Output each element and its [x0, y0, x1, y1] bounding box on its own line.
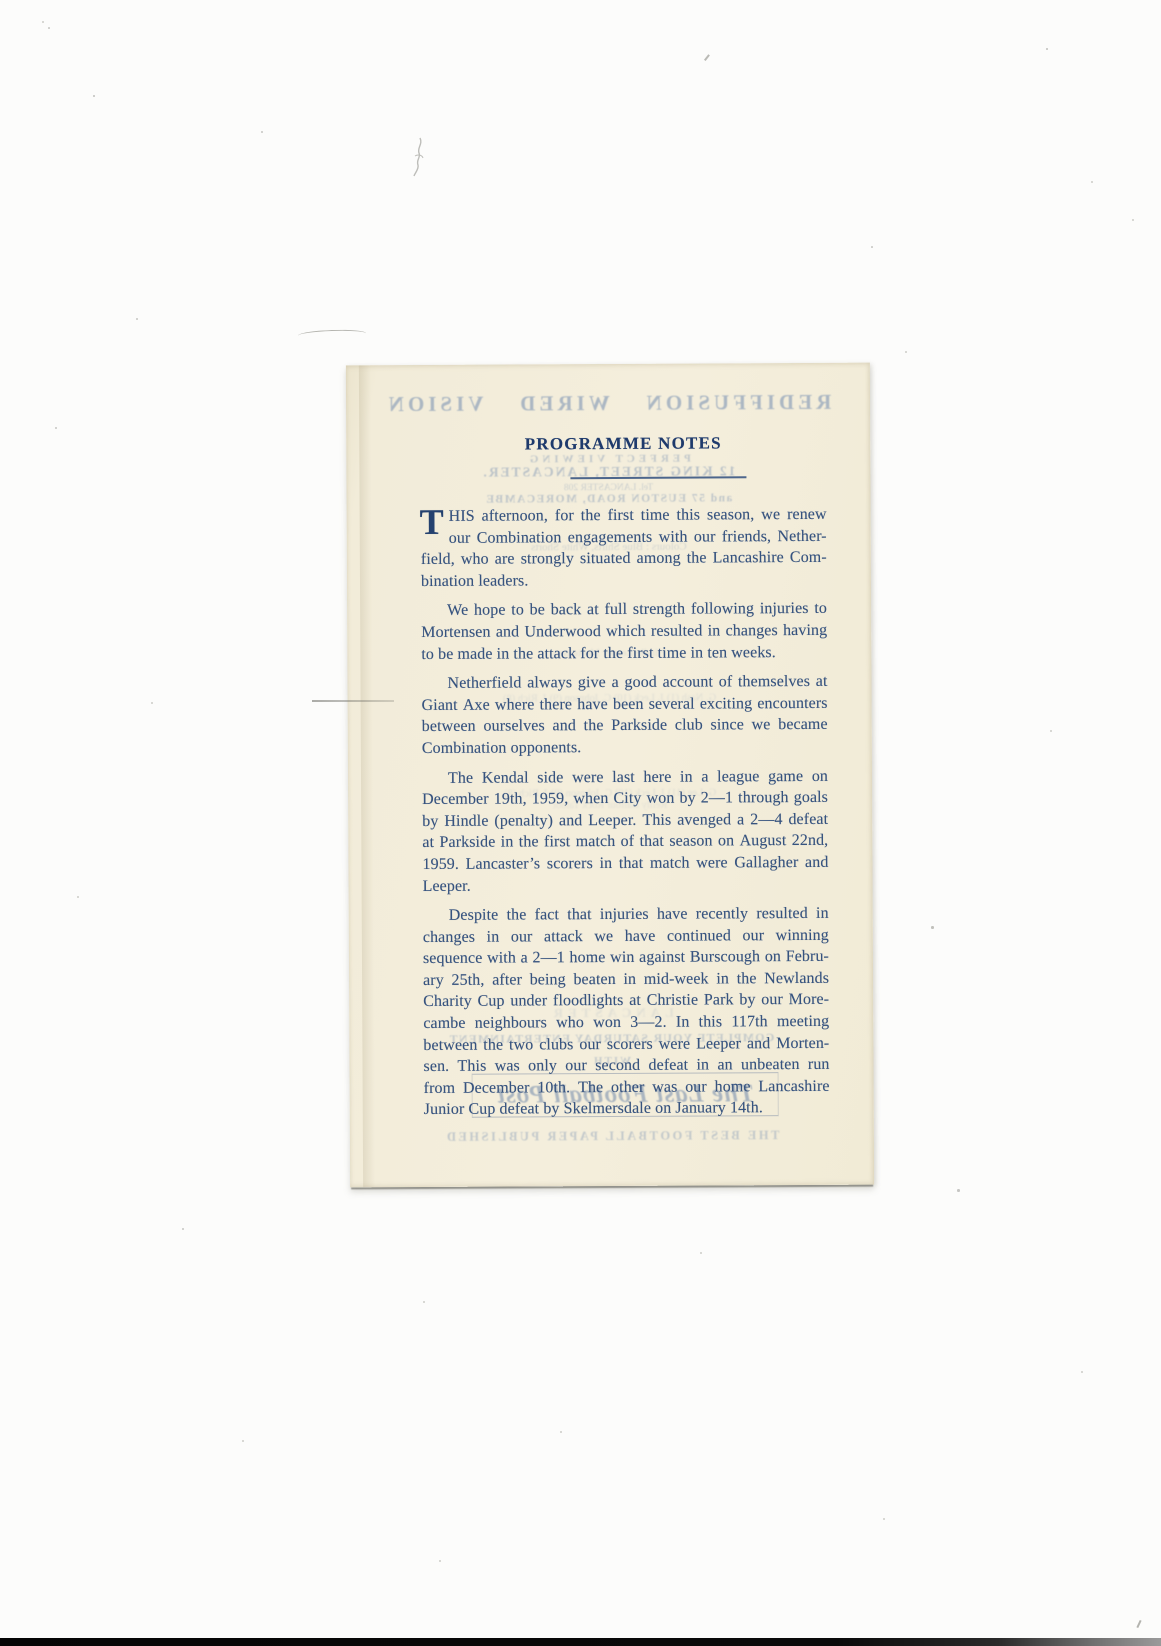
paragraph: Despitethefactthatinjurieshaverecentlyre… — [423, 903, 830, 1121]
paragraph: Wehopetobebackatfullstrengthfollowinginj… — [421, 598, 827, 665]
scanner-hair — [298, 329, 366, 340]
body-line: GiantAxewheretherehavebeenseveralexcitin… — [422, 693, 828, 717]
dust-speck — [883, 1518, 885, 1520]
body-line: CharityCupunderfloodlightsatChristiePark… — [423, 989, 829, 1013]
body-line: betweenthetwoclubsourscorerswereLeeperan… — [423, 1033, 829, 1057]
body-line: cambeneighbourswhowon3—2.Inthis117thmeet… — [423, 1011, 829, 1035]
dust-speck — [560, 1431, 562, 1433]
dust-speck — [439, 1560, 441, 1562]
body-line: Despitethefactthatinjurieshaverecentlyre… — [423, 903, 829, 927]
body-line: field,whoarestronglysituatedamongtheLanc… — [421, 547, 827, 571]
body-line: byHindle(penalty)andLeeper.Thisavengeda2… — [422, 809, 828, 833]
dust-speck — [242, 1440, 244, 1442]
dust-speck — [261, 131, 263, 133]
dropcap-letter: T — [420, 503, 444, 541]
body-line: bination leaders. — [421, 569, 827, 593]
dust-speck — [1136, 1620, 1141, 1628]
body-line: December19th,1959,whenCitywonby2—1throug… — [422, 787, 828, 811]
dust-speck — [957, 1189, 960, 1192]
programme-page: REDIFFUSION WIRED VISION PROGRAMME NOTES… — [346, 363, 874, 1188]
scan-canvas: REDIFFUSION WIRED VISION PROGRAMME NOTES… — [0, 0, 1161, 1646]
body-line: Wehopetobebackatfullstrengthfollowinginj… — [421, 598, 827, 622]
body-line: ary25th,afterbeingbeateninmid-weekintheN… — [423, 968, 829, 992]
paragraph: TheKendalsidewerelasthereinaleaguegameon… — [422, 765, 829, 897]
body-line: 1959.Lancaster’sscorersinthatmatchwereGa… — [422, 852, 828, 876]
dust-speck — [151, 702, 153, 704]
scanner-edge-bar — [0, 1638, 1161, 1646]
body-line: ourCombinationengagementswithourfriends,… — [421, 525, 827, 549]
body-line: sequencewitha2—1homewinagainstBurscougho… — [423, 946, 829, 970]
body-line: Junior Cup defeat by Skelmersdale on Jan… — [424, 1097, 830, 1121]
body-line: sen.Thiswasonlyourseconddefeatinanunbeat… — [423, 1054, 829, 1078]
dust-speck — [423, 1301, 425, 1303]
dust-speck — [182, 1228, 184, 1230]
body-line: changesinourattackwehavecontinuedourwinn… — [423, 925, 829, 949]
dust-speck — [1081, 1371, 1083, 1373]
dust-speck — [55, 427, 57, 429]
dust-speck — [136, 318, 138, 320]
body-line: betweenourselvesandtheParksideclubsincew… — [422, 714, 828, 738]
dust-speck — [905, 351, 907, 353]
body-line: MortensenandUnderwoodwhichresultedinchan… — [421, 620, 827, 644]
body-line: atParksideinthefirstmatchofthatseasononA… — [422, 830, 828, 854]
dust-speck — [1050, 730, 1052, 732]
dust-speck — [48, 27, 50, 29]
dust-speck — [42, 21, 44, 23]
dust-speck — [1132, 219, 1134, 221]
bleed-rediffusion-header: REDIFFUSION WIRED VISION — [346, 390, 870, 418]
paragraph: THISafternoon,forthefirsttimethisseason,… — [421, 504, 827, 592]
paragraph: Netherfieldalwaysgiveagoodaccountofthems… — [421, 671, 827, 759]
dust-speck — [1091, 181, 1093, 183]
body-line: Leeper. — [423, 873, 829, 897]
dust-speck — [1046, 48, 1048, 50]
dust-speck — [871, 246, 873, 248]
body-line: Netherfieldalwaysgiveagoodaccountofthems… — [421, 671, 827, 695]
dust-speck — [704, 54, 709, 60]
dust-speck — [77, 896, 79, 898]
programme-notes-text: THISafternoon,forthefirsttimethisseason,… — [421, 504, 830, 1121]
dust-speck — [93, 95, 95, 97]
pen-mark — [410, 136, 426, 183]
dust-speck — [931, 926, 934, 929]
bleed-best-paper-line: THE BEST FOOTBALL PAPER PUBLISHED — [350, 1128, 874, 1146]
body-line: Combination opponents. — [422, 736, 828, 760]
dust-speck — [700, 1252, 702, 1254]
body-line: TheKendalsidewerelasthereinaleaguegameon — [422, 765, 828, 789]
body-line: fromDecember10th.TheotherwasourhomeLanca… — [424, 1076, 830, 1100]
body-line: HISafternoon,forthefirsttimethisseason,w… — [421, 504, 827, 528]
body-line: to be made in the attack for the first t… — [421, 641, 827, 665]
pencil-dash — [312, 700, 394, 702]
page-title: PROGRAMME NOTES — [420, 433, 826, 455]
